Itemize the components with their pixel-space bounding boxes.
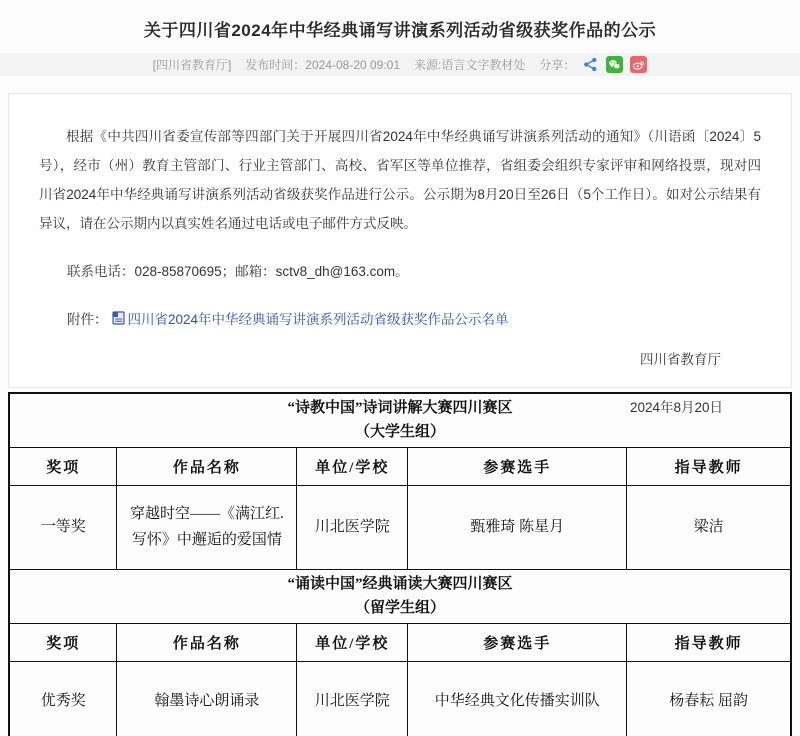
announcement-page: 关于四川省2024年中华经典诵写讲演系列活动省级获奖作品的公示 [四川省教育厅]… [0,0,800,736]
signature: 四川省教育厅 [39,348,761,368]
cell-work: 翰墨诗心朗诵录 [117,661,297,736]
weibo-icon[interactable] [630,56,647,73]
cell-teacher: 杨春耘 屈韵 [627,661,791,736]
doc-icon [112,311,125,325]
wechat-icon[interactable] [606,56,623,73]
attachment-label: 附件： [67,308,108,328]
award-table: “诗教中国”诗词讲解大赛四川赛区 （大学生组） 奖项 作品名称 单位/学校 参赛… [8,392,792,736]
col-header-school: 单位/学校 [297,447,408,485]
cell-school: 川北医学院 [297,485,408,569]
publish-time: 发布时间：2024-08-20 09:01 [245,56,400,73]
cell-award: 一等奖 [9,485,117,569]
col-header-contestant: 参赛选手 [408,447,627,485]
attachment-link[interactable]: 四川省2024年中华经典诵写讲演系列活动省级获奖作品公示名单 [128,308,509,328]
meta-bar: [四川省教育厅] 发布时间：2024-08-20 09:01 来源:语言文字教材… [0,53,800,76]
table2-title-line2: （留学生组） [16,596,784,620]
origin-department: 来源:语言文字教材处 [414,56,525,73]
cell-teacher: 梁洁 [627,485,791,569]
col-header-work: 作品名称 [117,623,297,661]
notice-body: 根据《中共四川省委宣传部等四部门关于开展四川省2024年中华经典诵写讲演系列活动… [8,93,792,388]
table1-header-row: 奖项 作品名称 单位/学校 参赛选手 指导教师 [9,447,791,485]
cell-contestant: 甄雅琦 陈星月 [408,485,627,569]
col-header-teacher: 指导教师 [627,447,791,485]
table2-title: “诵读中国”经典诵读大赛四川赛区 （留学生组） [9,569,791,623]
cell-work: 穿越时空——《满江红.写怀》中邂逅的爱国情 [117,485,297,569]
cell-contestant: 中华经典文化传播实训队 [408,661,627,736]
table2-header-row: 奖项 作品名称 单位/学校 参赛选手 指导教师 [9,623,791,661]
share-label: 分享： [539,56,575,73]
cell-school: 川北医学院 [297,661,408,736]
table2-data-row: 优秀奖 翰墨诗心朗诵录 川北医学院 中华经典文化传播实训队 杨春耘 屈韵 [9,661,791,736]
col-header-award: 奖项 [9,447,117,485]
cell-award: 优秀奖 [9,661,117,736]
share-toolbar: 分享： [539,56,647,73]
table2-title-row: “诵读中国”经典诵读大赛四川赛区 （留学生组） [9,569,791,623]
notice-paragraph: 根据《中共四川省委宣传部等四部门关于开展四川省2024年中华经典诵写讲演系列活动… [39,122,761,238]
attachment-row: 附件： 四川省2024年中华经典诵写讲演系列活动省级获奖作品公示名单 [39,308,761,328]
table1-title-line2: （大学生组） [16,420,784,444]
source-tag: [四川省教育厅] [153,56,232,73]
table2-title-line1: “诵读中国”经典诵读大赛四川赛区 [16,572,784,596]
col-header-award: 奖项 [9,623,117,661]
share-icon[interactable] [582,56,599,73]
contact-info: 联系电话：028-85870695；邮箱：sctv8_dh@163.com。 [39,260,761,280]
col-header-teacher: 指导教师 [627,623,791,661]
table1-data-row: 一等奖 穿越时空——《满江红.写怀》中邂逅的爱国情 川北医学院 甄雅琦 陈星月 … [9,485,791,569]
col-header-contestant: 参赛选手 [408,623,627,661]
page-title: 关于四川省2024年中华经典诵写讲演系列活动省级获奖作品的公示 [30,16,770,41]
page-header: 关于四川省2024年中华经典诵写讲演系列活动省级获奖作品的公示 [0,0,800,53]
col-header-school: 单位/学校 [297,623,408,661]
col-header-work: 作品名称 [117,447,297,485]
